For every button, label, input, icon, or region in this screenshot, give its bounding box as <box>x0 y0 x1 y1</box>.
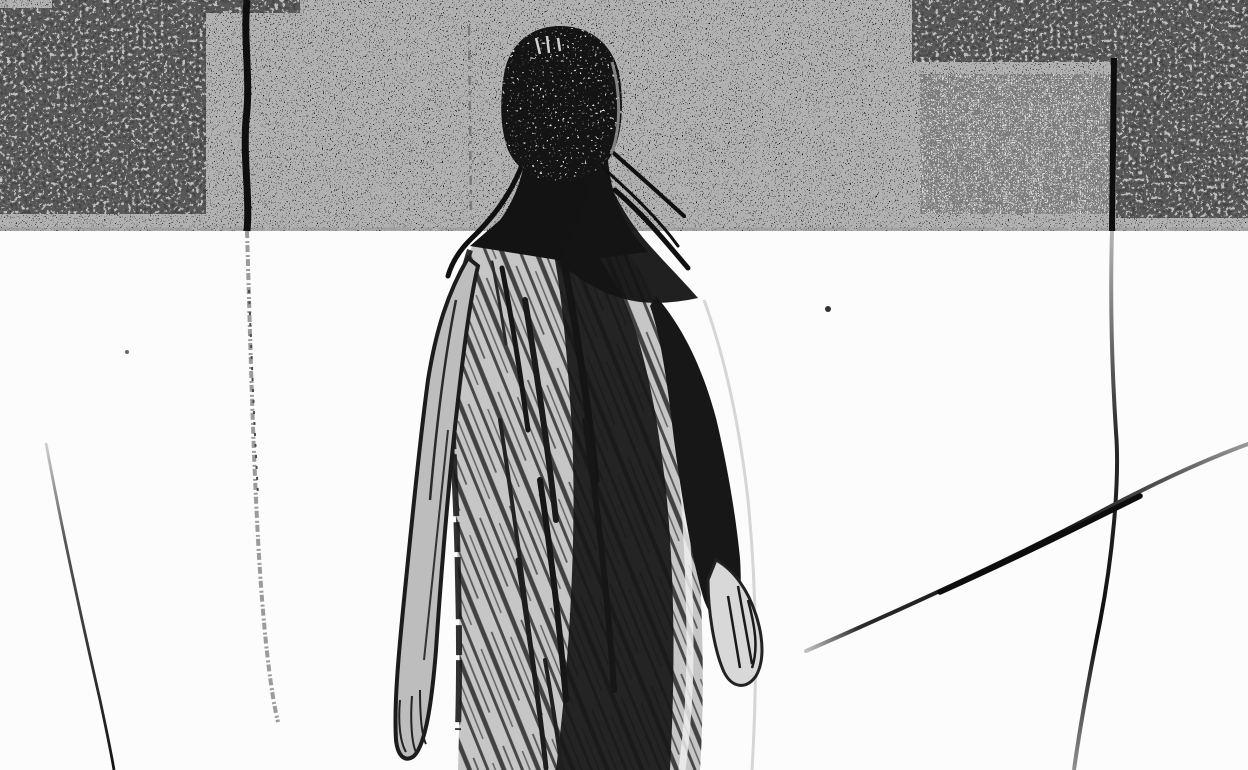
left-pole-upper <box>245 0 248 231</box>
screenshot-root: High-contrast black-and-white sketch of … <box>0 0 1248 770</box>
stray-speck <box>125 350 129 354</box>
photo-fragment-right-mid <box>920 74 1112 214</box>
stray-speck <box>825 306 831 312</box>
photo-fragment-left <box>0 8 206 214</box>
photo-fragment-right-edge <box>1116 0 1248 218</box>
right-pole-upper <box>1112 58 1114 231</box>
sketch-artwork-canvas: High-contrast black-and-white sketch of … <box>0 0 1248 770</box>
photo-fragment-top-strip <box>52 0 300 13</box>
